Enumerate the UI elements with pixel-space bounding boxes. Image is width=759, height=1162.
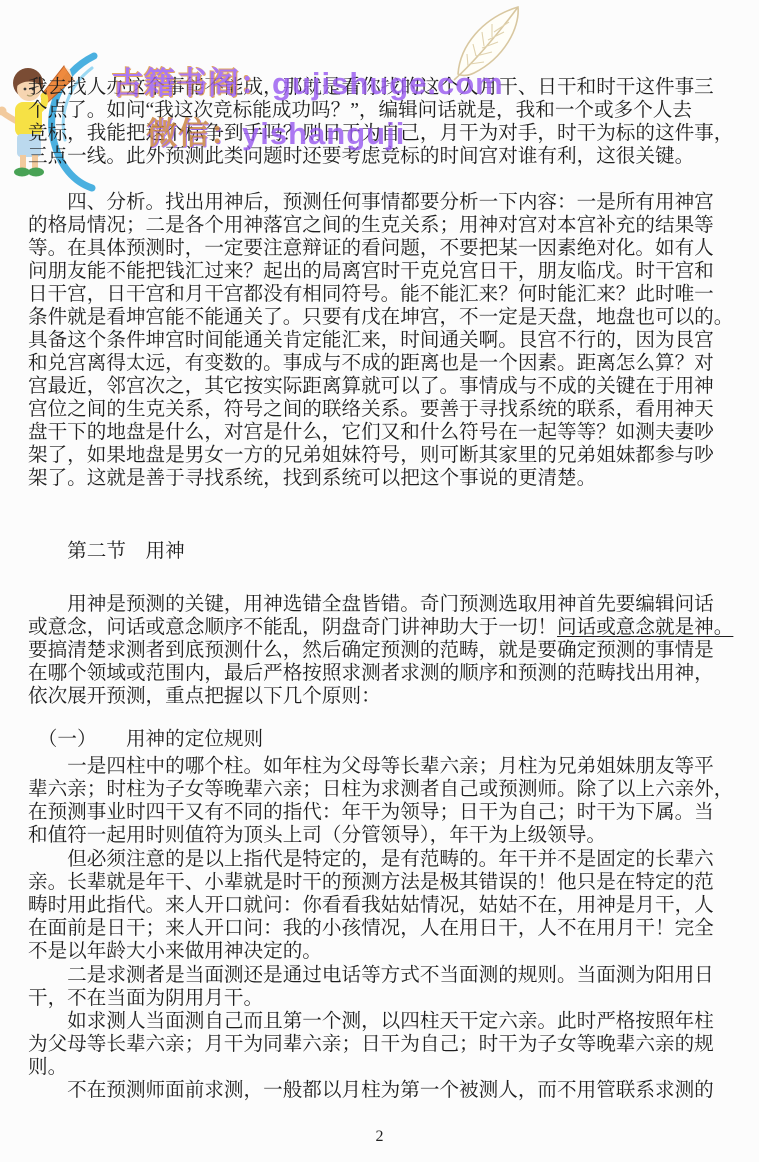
paragraph-remote-rule: 不在预测师面前求测，一般都以月柱为第一个被测人，而不用管联系求测的 <box>28 1079 728 1102</box>
paragraph-analysis: 四、分析。找出用神后，预测任何事情都要分析一下内容：一是所有用神宫 的格局情况；… <box>28 191 728 490</box>
document-page: 我去找人办这个事能不能成，那就是看你找的这个人月干、日干和时干这件事三 个点了。… <box>0 0 759 1162</box>
watermark-site-domain: gujishuge.com <box>272 66 504 101</box>
wechat-watermark: 微信：yishanguji <box>146 108 405 153</box>
section-heading: 第二节 用神 <box>28 540 728 563</box>
shoe <box>28 168 44 177</box>
paragraph-yongshen-intro: 用神是预测的关键，用神选错全盘皆错。奇门预测选取用神首先要编辑问话 或意念，问话… <box>28 593 728 708</box>
watermark-site-name: 古籍书阁： <box>112 66 272 101</box>
waving-hand <box>0 107 7 116</box>
page-number: 2 <box>0 1128 759 1146</box>
paragraph-rule-two: 二是求测者是当面测还是通过电话等方式不当面测的规则。当面测为阳用日 干，不在当面… <box>28 964 728 1010</box>
paragraph-text: 要搞清楚求测者到底预测什么，然后确定预测的范畴，就是要确定预测的事情是 在哪个领… <box>28 640 714 707</box>
watermark-wechat-id: yishanguji <box>242 116 405 151</box>
underlined-phrase: 问话或意念就是神。 <box>557 617 733 638</box>
paragraph-rule-one: 一是四柱中的哪个柱。如年柱为父母等长辈六亲；月柱为兄弟姐妹朋友等平 辈六亲；时柱… <box>28 755 728 847</box>
paragraph-in-person-rule: 如求测人当面测自己而且第一个测，以四柱天干定六亲。此时严格按照年柱 为父母等长辈… <box>28 1010 728 1079</box>
subheading-positioning-rules: （一） 用神的定位规则 <box>28 728 728 751</box>
shoe <box>14 168 30 177</box>
paragraph-rule-caution: 但必须注意的是以上指代是特定的，是有范畴的。年干并不是固定的长辈六 亲。长辈就是… <box>28 848 728 963</box>
watermark-wechat-label: 微信： <box>146 116 242 151</box>
site-watermark: 古籍书阁：gujishuge.com <box>112 58 504 103</box>
